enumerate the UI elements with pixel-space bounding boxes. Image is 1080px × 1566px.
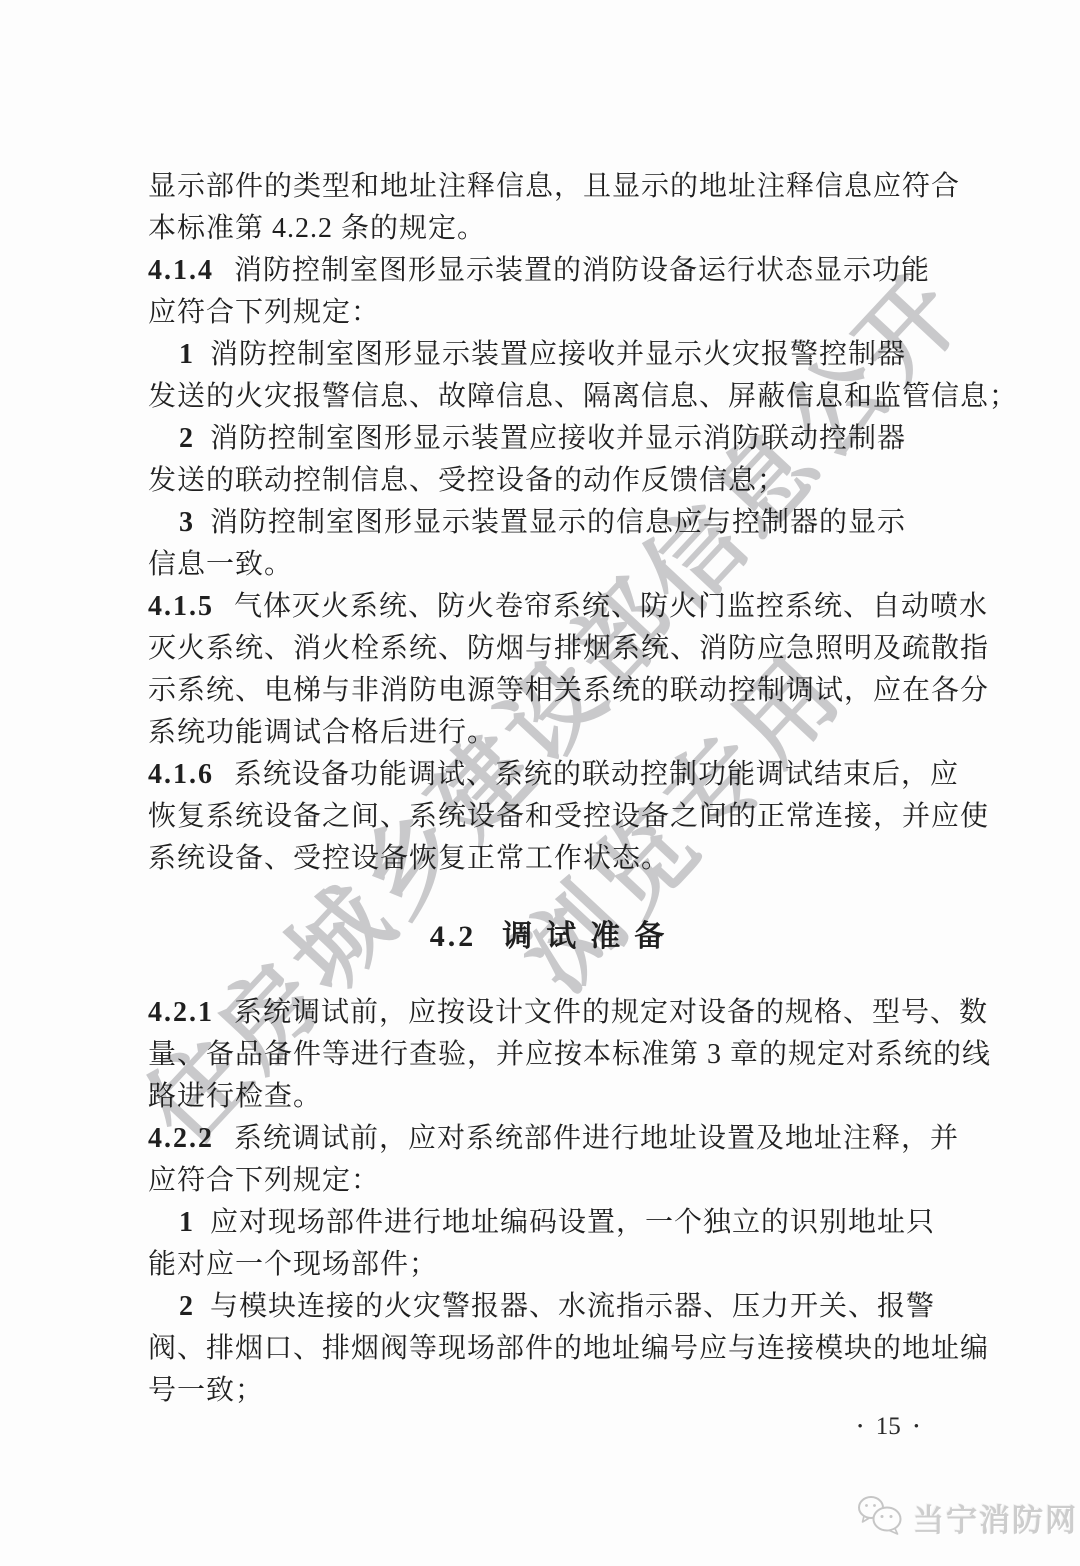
line-number: 2 (179, 1291, 195, 1322)
page-number: •15• (148, 1412, 932, 1442)
line-text: 应符合下列规定： (148, 1165, 380, 1196)
line-text: 示系统、电梯与非消防电源等相关系统的联动控制调试，应在各分 (148, 675, 989, 706)
line-number: 4.1.4 (148, 255, 214, 286)
line-number: 4.2.1 (148, 997, 214, 1028)
footer-logo: 当宁消防网 (856, 1494, 1078, 1541)
heading-number: 4.2 (430, 920, 477, 953)
line-text: 系统调试前，应按设计文件的规定对设备的规格、型号、数 (234, 997, 988, 1028)
line-text: 发送的火灾报警信息、故障信息、隔离信息、屏蔽信息和监管信息； (148, 381, 1018, 412)
text-line: 4.2.2系统调试前，应对系统部件进行地址设置及地址注释，并 (148, 1118, 960, 1160)
page-number-value: 15 (876, 1413, 901, 1440)
line-number: 4.1.6 (148, 759, 214, 790)
line-text: 气体灭火系统、防火卷帘系统、防火门监控系统、自动喷水 (234, 591, 988, 622)
text-line: 路进行检查。 (148, 1076, 960, 1118)
text-line: 应符合下列规定： (148, 292, 960, 334)
line-number: 1 (179, 339, 195, 370)
line-text: 应符合下列规定： (148, 297, 380, 328)
line-text: 系统功能调试合格后进行。 (148, 717, 496, 748)
line-text: 灭火系统、消火栓系统、防烟与排烟系统、消防应急照明及疏散指 (148, 633, 989, 664)
text-line: 2与模块连接的火灾警报器、水流指示器、压力开关、报警 (148, 1286, 960, 1328)
text-line: 3消防控制室图形显示装置显示的信息应与控制器的显示 (148, 502, 960, 544)
line-number: 4.1.5 (148, 591, 214, 622)
line-text: 消防控制室图形显示装置的消防设备运行状态显示功能 (234, 255, 930, 286)
text-line: 1应对现场部件进行地址编码设置，一个独立的识别地址只 (148, 1202, 960, 1244)
text-line: 号一致； (148, 1370, 960, 1412)
line-text: 应对现场部件进行地址编码设置，一个独立的识别地址只 (210, 1207, 935, 1238)
text-line: 显示部件的类型和地址注释信息，且显示的地址注释信息应符合 (148, 166, 960, 208)
line-text: 信息一致。 (148, 549, 293, 580)
line-text: 消防控制室图形显示装置显示的信息应与控制器的显示 (210, 507, 906, 538)
logo-text: 当宁消防网 (913, 1495, 1078, 1540)
line-text: 显示部件的类型和地址注释信息，且显示的地址注释信息应符合 (148, 171, 960, 202)
section-heading: 4.2调试准备 (148, 916, 960, 958)
text-line: 阀、排烟口、排烟阀等现场部件的地址编号应与连接模块的地址编 (148, 1328, 960, 1370)
line-text: 本标准第 4.2.2 条的规定。 (148, 213, 486, 244)
text-line: 发送的火灾报警信息、故障信息、隔离信息、屏蔽信息和监管信息； (148, 376, 960, 418)
line-text: 消防控制室图形显示装置应接收并显示消防联动控制器 (210, 423, 906, 454)
text-line: 示系统、电梯与非消防电源等相关系统的联动控制调试，应在各分 (148, 670, 960, 712)
text-line: 系统功能调试合格后进行。 (148, 712, 960, 754)
line-number: 4.2.2 (148, 1123, 214, 1154)
text-line: 应符合下列规定： (148, 1160, 960, 1202)
text-line: 发送的联动控制信息、受控设备的动作反馈信息； (148, 460, 960, 502)
text-line: 1消防控制室图形显示装置应接收并显示火灾报警控制器 (148, 334, 960, 376)
text-line: 2消防控制室图形显示装置应接收并显示消防联动控制器 (148, 418, 960, 460)
line-text: 恢复系统设备之间、系统设备和受控设备之间的正常连接，并应使 (148, 801, 989, 832)
text-line: 4.2.1系统调试前，应按设计文件的规定对设备的规格、型号、数 (148, 992, 960, 1034)
line-text: 路进行检查。 (148, 1081, 322, 1112)
line-text: 量、备品备件等进行查验，并应按本标准第 3 章的规定对系统的线 (148, 1039, 991, 1070)
line-text: 与模块连接的火灾警报器、水流指示器、压力开关、报警 (210, 1291, 935, 1322)
line-number: 3 (179, 507, 195, 538)
line-number: 2 (179, 423, 195, 454)
text-line: 灭火系统、消火栓系统、防烟与排烟系统、消防应急照明及疏散指 (148, 628, 960, 670)
line-number: 1 (179, 1207, 195, 1238)
line-text: 系统设备功能调试、系统的联动控制功能调试结束后，应 (234, 759, 959, 790)
line-text: 系统设备、受控设备恢复正常工作状态。 (148, 843, 670, 874)
text-line: 系统设备、受控设备恢复正常工作状态。 (148, 838, 960, 880)
line-text: 系统调试前，应对系统部件进行地址设置及地址注释，并 (234, 1123, 959, 1154)
wechat-bubbles-icon (856, 1494, 906, 1541)
page-number-dot-right: • (914, 1419, 919, 1435)
document-content: 显示部件的类型和地址注释信息，且显示的地址注释信息应符合 本标准第 4.2.2 … (148, 166, 960, 1412)
text-line: 4.1.6系统设备功能调试、系统的联动控制功能调试结束后，应 (148, 754, 960, 796)
text-line: 4.1.5气体灭火系统、防火卷帘系统、防火门监控系统、自动喷水 (148, 586, 960, 628)
line-text: 发送的联动控制信息、受控设备的动作反馈信息； (148, 465, 786, 496)
text-line: 信息一致。 (148, 544, 960, 586)
line-text: 号一致； (148, 1375, 264, 1406)
line-text: 阀、排烟口、排烟阀等现场部件的地址编号应与连接模块的地址编 (148, 1333, 989, 1364)
line-text: 消防控制室图形显示装置应接收并显示火灾报警控制器 (210, 339, 906, 370)
text-line: 量、备品备件等进行查验，并应按本标准第 3 章的规定对系统的线 (148, 1034, 960, 1076)
text-line: 本标准第 4.2.2 条的规定。 (148, 208, 960, 250)
document-page: 住房城乡建设部信息公开 浏览专用 显示部件的类型和地址注释信息，且显示的地址注释… (0, 0, 1080, 1566)
line-text: 能对应一个现场部件； (148, 1249, 438, 1280)
page-number-dot-left: • (857, 1419, 862, 1435)
text-line: 能对应一个现场部件； (148, 1244, 960, 1286)
text-line: 恢复系统设备之间、系统设备和受控设备之间的正常连接，并应使 (148, 796, 960, 838)
heading-title: 调试准备 (502, 920, 678, 953)
text-line: 4.1.4消防控制室图形显示装置的消防设备运行状态显示功能 (148, 250, 960, 292)
